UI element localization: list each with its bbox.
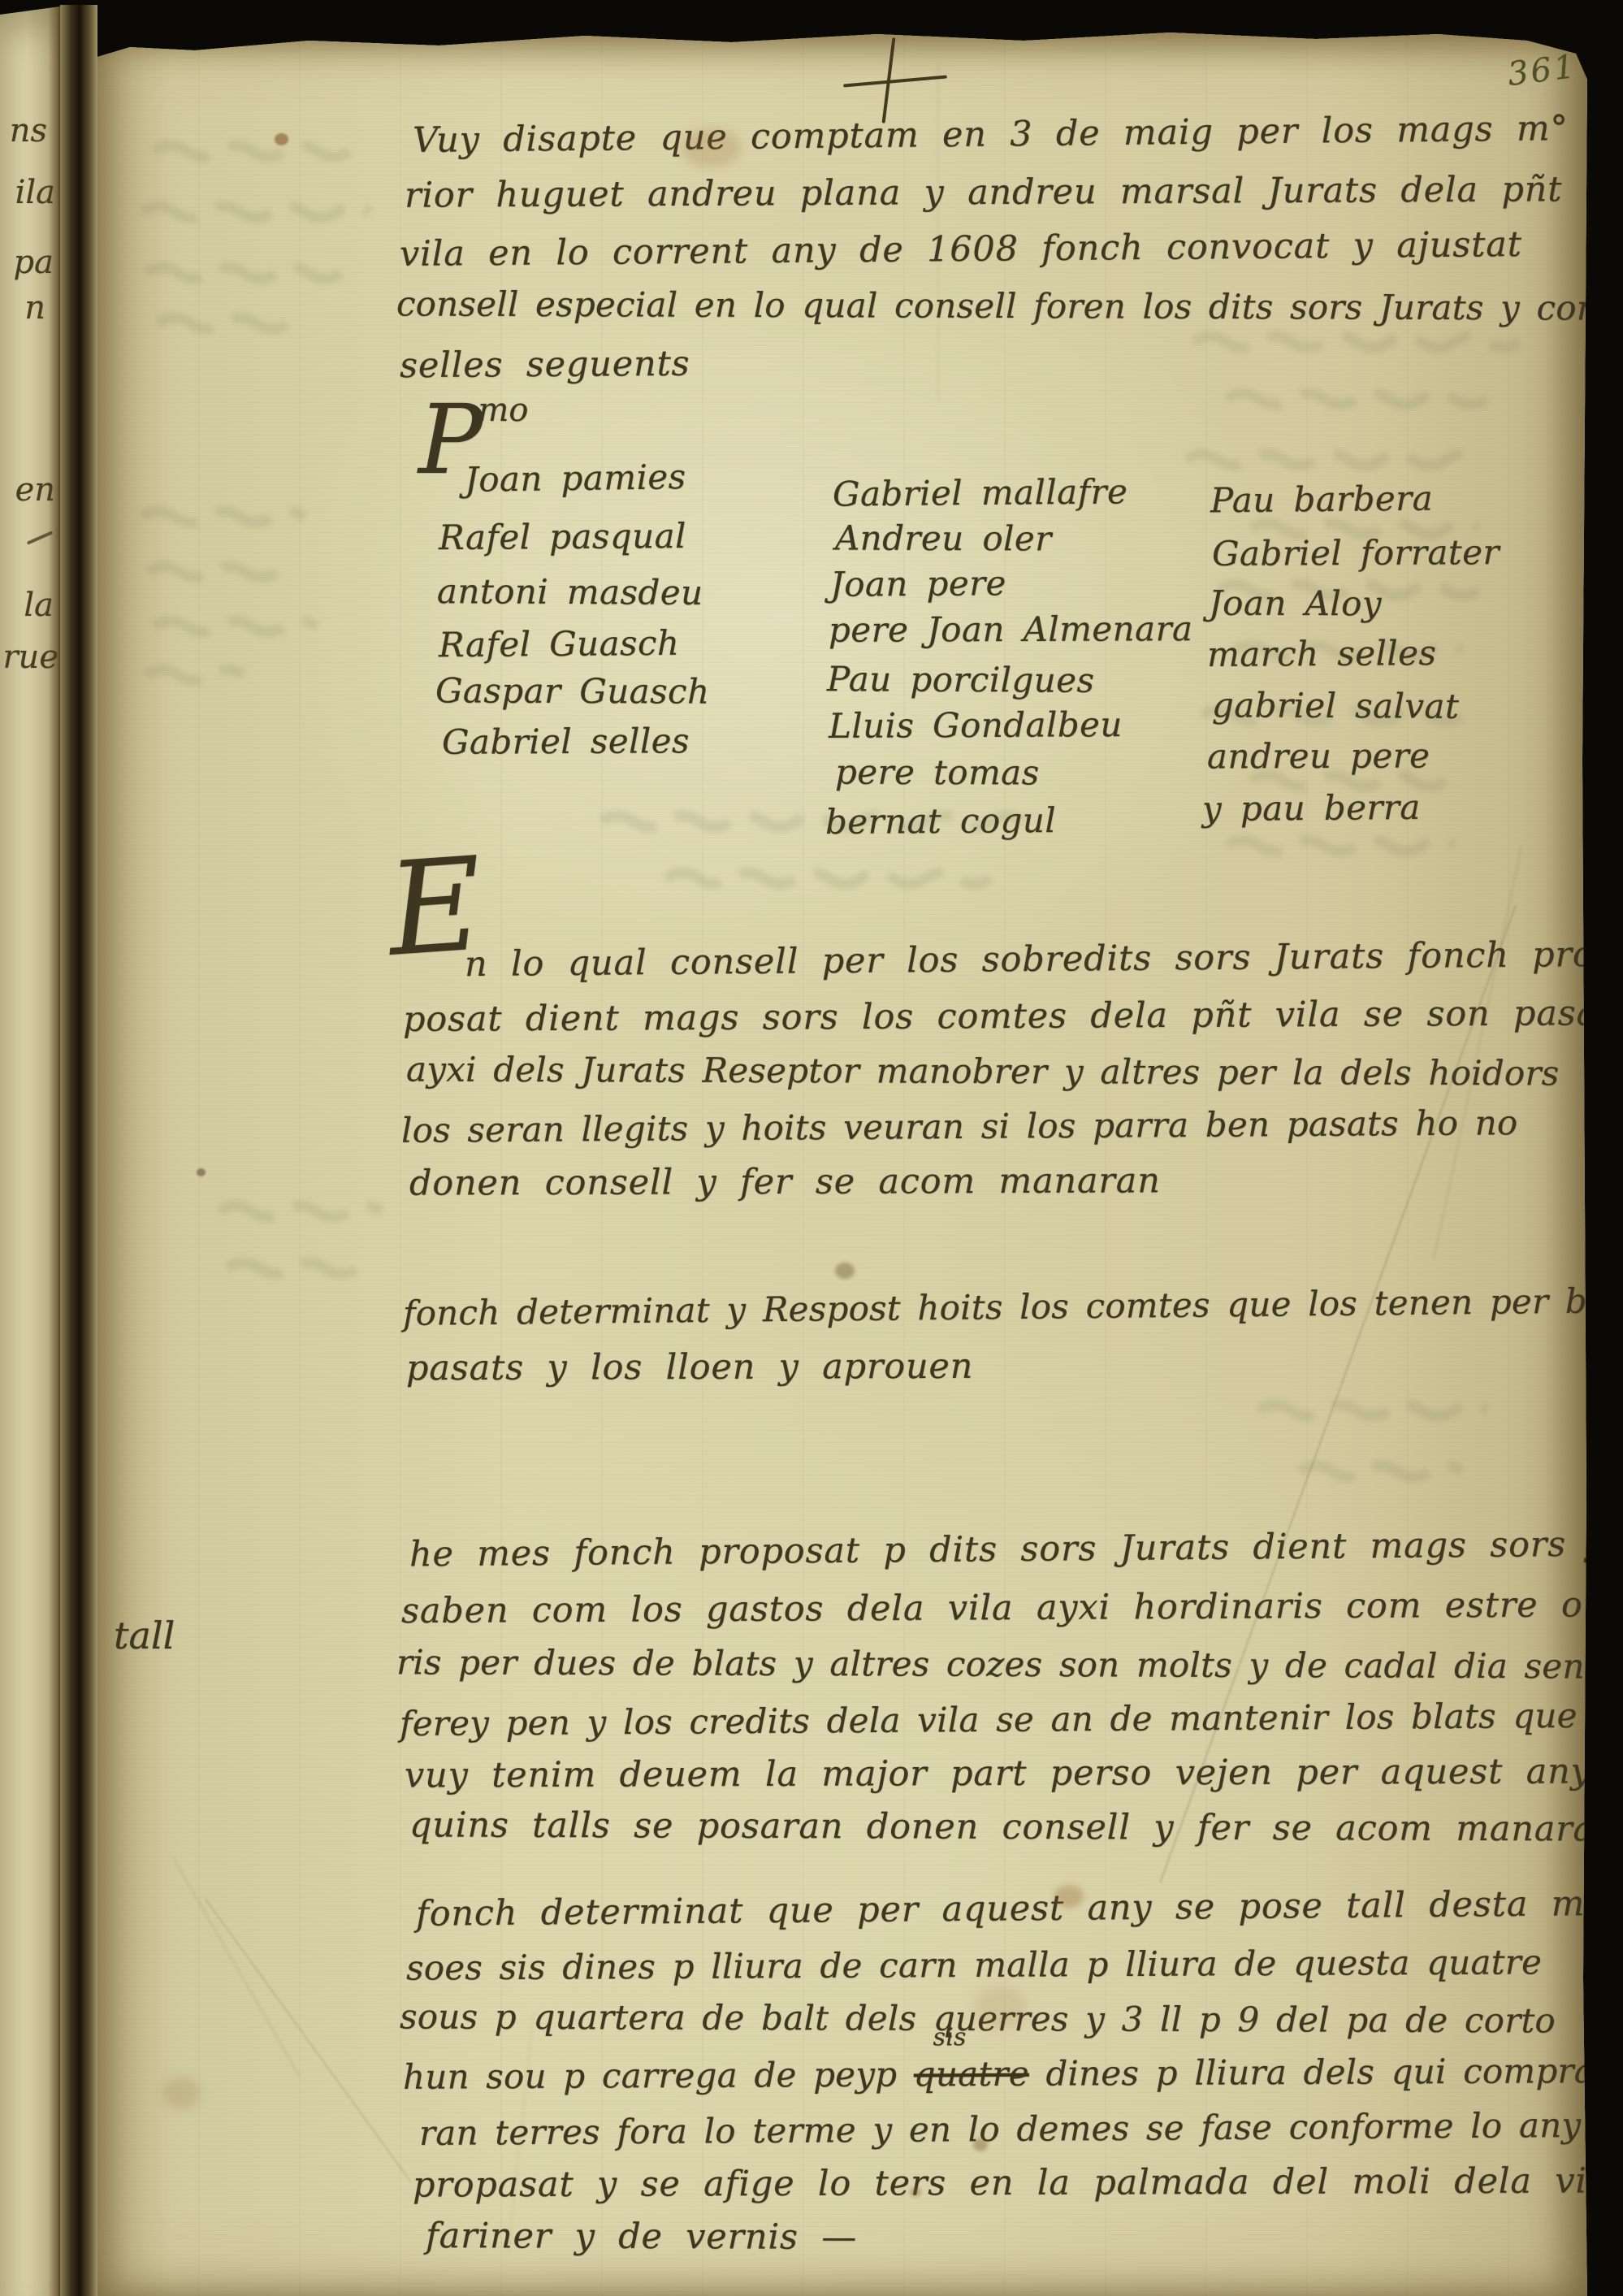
- text-segment: dines p lliura dels qui compra: [1029, 2051, 1595, 2094]
- edge-fragment: pa: [14, 244, 54, 281]
- attendee-name: antoni masdeu: [437, 571, 703, 613]
- text-line: fonch determinat y Respost hoits los com…: [403, 1280, 1623, 1333]
- cross-horizontal-stroke: [843, 75, 947, 87]
- text-line: quins talls se posaran donen consell y f…: [409, 1804, 1618, 1849]
- stain-spot: [162, 2077, 200, 2109]
- text-line: saben com los gastos dela vila ayxi hord…: [401, 1584, 1623, 1631]
- manuscript-page: 361 Vuy disapte que comptam en 3 de maig…: [97, 29, 1587, 2296]
- text-line: soes sis dines p lliura de carn malla p …: [406, 1942, 1542, 1987]
- text-line: vila en lo corrent any de 1608 fonch con…: [400, 224, 1522, 275]
- attendee-name: andreu pere: [1207, 736, 1430, 777]
- facing-page-edge: ns ila pa n en la rue: [0, 6, 60, 2296]
- text-line: fariner y de vernis —: [426, 2216, 857, 2258]
- crease-line: [205, 1898, 411, 2181]
- attendee-name: pere tomas: [835, 752, 1040, 793]
- attendee-name: Rafel pasqual: [439, 516, 686, 557]
- text-segment: hun sou p carrega de peyp: [403, 2055, 914, 2097]
- attendee-name: Gaspar Guasch: [435, 670, 710, 711]
- edge-fragment: la: [24, 587, 54, 624]
- attendee-name: Andreu oler: [835, 518, 1052, 559]
- margin-note-tall: tall: [114, 1614, 175, 1657]
- attendee-name: march selles: [1207, 633, 1437, 674]
- edge-fragment: n: [24, 289, 45, 327]
- stain-spot: [275, 133, 288, 145]
- text-line-with-correction: hun sou p carrega de peyp quatresis dine…: [403, 2051, 1595, 2097]
- edge-fragment: ila: [15, 174, 55, 211]
- text-line: sous p quartera de balt dels querres y 3…: [400, 1997, 1556, 2041]
- primo-superscript: mo: [478, 392, 528, 429]
- text-line: n lo qual consell per los sobredits sors…: [465, 934, 1595, 985]
- manuscript-scan: ns ila pa n en la rue: [0, 0, 1623, 2296]
- text-line: selles seguents: [400, 344, 690, 386]
- text-line: rior huguet andreu plana y andreu marsal…: [405, 169, 1563, 215]
- attendee-name: bernat cogul: [825, 800, 1056, 842]
- edge-fragment: ns: [10, 112, 47, 149]
- text-line: ferey pen y los credits dela vila se an …: [400, 1696, 1578, 1744]
- text-line: pasats y los lloen y aprouen: [406, 1346, 973, 1388]
- attendee-name: Joan Aloy: [1209, 583, 1382, 624]
- attendee-name: Gabriel forrater: [1212, 532, 1500, 574]
- attendee-name: gabriel salvat: [1212, 685, 1459, 726]
- attendee-name: Pau porcilgues: [827, 659, 1095, 700]
- attendee-name: Joan pamies: [465, 457, 686, 500]
- text-line: donen consell y fer se acom manaran: [409, 1160, 1161, 1203]
- text-line: consell especial en lo qual consell fore…: [396, 284, 1599, 327]
- crease-line: [173, 1857, 301, 2076]
- struck-word: quatresis: [914, 2054, 1029, 2095]
- edge-fragment: rue: [2, 639, 58, 676]
- edge-fragment: en: [15, 471, 55, 509]
- page-number: 361: [1506, 48, 1579, 93]
- interlinear-correction: sis: [933, 2023, 967, 2051]
- text-line: ran terres fora lo terme y en lo demes s…: [419, 2105, 1582, 2153]
- attendee-name: Gabriel selles: [442, 721, 690, 762]
- strikethrough-text: quatre: [914, 2054, 1029, 2095]
- stain-spot: [835, 1263, 855, 1279]
- text-line: propasat y se afige lo ters en la palmad…: [413, 2160, 1621, 2205]
- text-line: ayxi dels Jurats Reseptor manobrer y alt…: [406, 1050, 1560, 1094]
- text-line: ris per dues de blats y altres cozes son…: [396, 1642, 1623, 1686]
- text-line: Vuy disapte que comptam en 3 de maig per…: [413, 107, 1623, 161]
- stain-spot: [197, 1168, 206, 1176]
- text-line: fonch determinat que per aquest any se p…: [416, 1882, 1623, 1934]
- text-line: posat dient mags sors los comtes dela pñ…: [403, 993, 1623, 1040]
- text-line: he mes fonch proposat p dits sors Jurats…: [409, 1523, 1623, 1575]
- edge-pen-stroke: [27, 531, 54, 544]
- attendee-name: Joan pere: [830, 563, 1006, 604]
- attendee-name: pere Joan Almenara: [829, 609, 1193, 650]
- text-line: vuy tenim deuem la major part perso veje…: [405, 1751, 1591, 1796]
- attendee-name: Gabriel mallafre: [833, 471, 1128, 513]
- text-line: los seran llegits y hoits veuran si los …: [401, 1103, 1518, 1150]
- attendee-name: Lluis Gondalbeu: [829, 704, 1123, 746]
- attendee-name: Rafel Guasch: [439, 623, 680, 665]
- book-gutter: [60, 5, 97, 2296]
- attendee-name: Pau barbera: [1210, 479, 1434, 521]
- attendee-name: y pau berra: [1202, 787, 1421, 829]
